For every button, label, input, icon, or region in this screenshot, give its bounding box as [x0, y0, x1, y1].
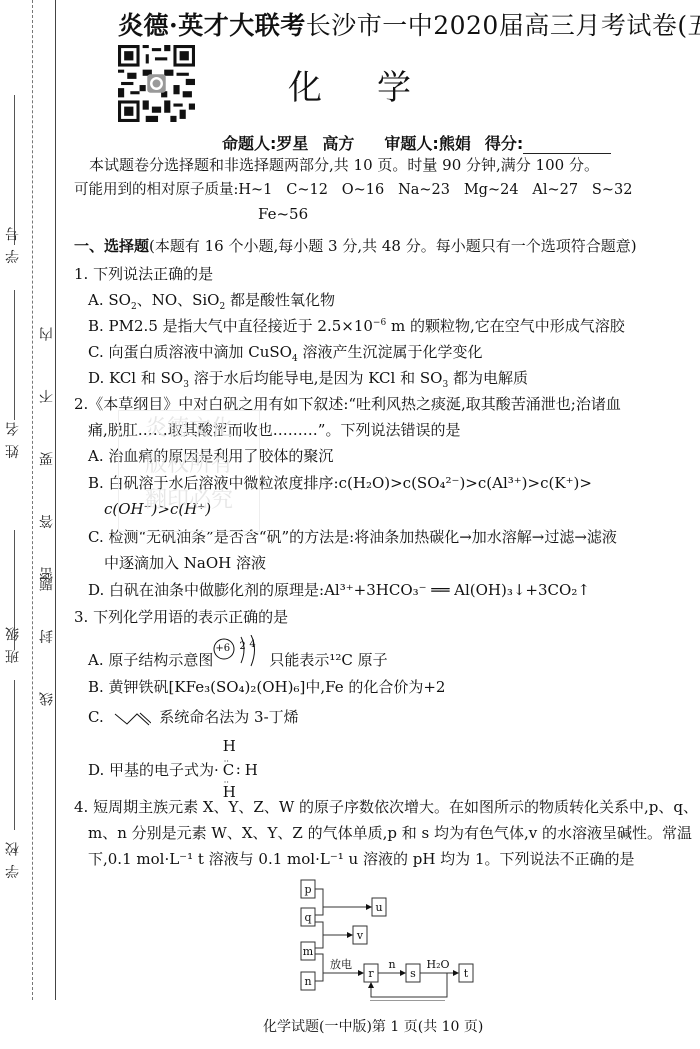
- q3-option-a: A. 原子结构示意图 +6 2 4 只能表示¹²C 原子: [88, 650, 388, 671]
- score-label: 得分:: [485, 134, 523, 153]
- exam-title: 炎德·英才大联考长沙市一中2020届高三月考试卷(五): [118, 6, 700, 42]
- node-p: p: [304, 883, 311, 896]
- q4-stem-line2: m、n 分别是元素 W、X、Y、Z 的气体单质,p 和 s 均为有色气体,v 的…: [88, 823, 692, 843]
- setters-2: 高方: [322, 134, 354, 153]
- atomic-masses-label: 可能用到的相对原子质量:: [74, 182, 238, 198]
- atomic-masses-values: H~1 C~12 O~16 Na~23 Mg~24 Al~27 S~32: [238, 182, 632, 198]
- q2-option-b-line2: c(OH⁻)>c(H⁺): [104, 499, 211, 519]
- q4-stem-line1: 4. 短周期主族元素 X、Y、Z、W 的原子序数依次增大。在如图所示的物质转化关…: [74, 797, 698, 817]
- student-id-blank[interactable]: [14, 95, 15, 245]
- node-u: u: [375, 901, 382, 914]
- q1-option-c: C. 向蛋白质溶液中滴加 CuSO4 溶液产生沉淀属于化学变化: [88, 342, 482, 362]
- node-q: q: [304, 911, 311, 924]
- setters: 命题人:罗星: [222, 134, 308, 153]
- school-label: 学 校: [3, 840, 23, 878]
- node-r: r: [368, 967, 374, 980]
- q2-option-a: A. 治血痛的原因是利用了胶体的聚沉: [88, 446, 333, 466]
- class-label: 班 级: [3, 625, 23, 663]
- section-heading: 一、选择题(本题有 16 个小题,每小题 3 分,共 48 分。每小题只有一个选…: [74, 236, 637, 256]
- node-v: v: [356, 929, 364, 942]
- q2-option-b-line1: B. 白矾溶于水后溶液中微粒浓度排序:c(H₂O)>c(SO₄²⁻)>c(Al³…: [88, 473, 592, 493]
- q3-option-d: D. 甲基的电子式为· H ·· C : H ·· H: [88, 760, 259, 780]
- dotted-cut-line: [32, 0, 33, 1000]
- q3-stem: 3. 下列化学用语的表示正确的是: [74, 607, 288, 627]
- exam-title-main: 长沙市一中2020届高三月考试卷(五): [306, 11, 700, 40]
- q4-stem-line3: 下,0.1 mol·L⁻¹ t 溶液与 0.1 mol·L⁻¹ u 溶液的 pH…: [88, 849, 635, 869]
- edge-water: H₂O: [426, 958, 449, 971]
- section-title: 一、选择题: [74, 237, 149, 255]
- subject-title: 化学: [288, 60, 466, 109]
- edge-n: n: [388, 958, 395, 971]
- qr-code-icon: [118, 45, 195, 122]
- q1-option-b: B. PM2.5 是指大气中直径接近于 2.5×10−6 m 的颗粒物,它在空气…: [88, 316, 625, 336]
- section-note: (本题有 16 个小题,每小题 3 分,共 48 分。每小题只有一个选项符合题意…: [149, 237, 637, 255]
- q1-stem: 1. 下列说法正确的是: [74, 264, 213, 284]
- q2-option-c-line2: 中逐滴加入 NaOH 溶液: [104, 553, 266, 573]
- reviewer: 审题人:熊娟: [384, 134, 470, 153]
- node-s: s: [410, 967, 416, 980]
- school-blank[interactable]: [14, 680, 15, 830]
- name-label: 姓 名: [3, 420, 23, 458]
- q1-option-a: A. SO2、NO、SiO2 都是酸性氧化物: [88, 290, 335, 310]
- exam-title-brand: 炎德·英才大联考: [118, 11, 306, 40]
- q2-option-c-line1: C. 检测“无矾油条”是否含“矾”的方法是:将油条加热碳化→加水溶解→过滤→滤液: [88, 527, 617, 547]
- score-field[interactable]: [523, 139, 611, 154]
- page-footer: 化学试题(一中版)第 1 页(共 10 页): [263, 1016, 483, 1036]
- atomic-masses: 可能用到的相对原子质量:H~1 C~12 O~16 Na~23 Mg~24 Al…: [74, 180, 632, 200]
- butene-skeletal-icon: [113, 710, 151, 726]
- atom-structure-diagram: +6 2 4: [213, 651, 269, 671]
- q1-option-d: D. KCl 和 SO3 溶于水后均能导电,是因为 KCl 和 SO3 都为电解…: [88, 368, 528, 388]
- authors-line: 命题人:罗星高方审题人:熊娟得分:: [222, 131, 625, 154]
- node-t: t: [464, 967, 469, 980]
- methyl-electron-formula: H ·· C : H ·· H: [219, 760, 259, 780]
- q3-option-b: B. 黄钾铁矾[KFe₃(SO₄)₂(OH)₆]中,Fe 的化合价为+2: [88, 677, 445, 697]
- conversion-diagram: p q m n u v r s t 放电 n H₂O: [295, 878, 485, 998]
- q2-stem-line2: 痛,脱肛……取其酸涩而收也………”。下列说法错误的是: [88, 420, 460, 440]
- name-blank[interactable]: [14, 290, 15, 420]
- footer-rule: [370, 1000, 445, 1001]
- intro-text: 本试题卷分选择题和非选择题两部分,共 10 页。时量 90 分钟,满分 100 …: [89, 155, 599, 175]
- q2-option-d: D. 白矾在油条中做膨化剂的原理是:Al³⁺+3HCO₃⁻ ══ Al(OH)₃…: [88, 580, 590, 600]
- node-m: m: [303, 945, 314, 958]
- q3-option-c: C. 系统命名法为 3-丁烯: [88, 707, 299, 727]
- student-id-label: 学 号: [3, 225, 23, 263]
- edge-discharge: 放电: [330, 957, 352, 971]
- atomic-masses-2: Fe~56: [258, 204, 308, 224]
- q2-stem-line1: 2.《本草纲目》中对白矾之用有如下叙述:“吐利风热之痰涎,取其酸苦涌泄也;治诸血: [74, 394, 621, 414]
- seal-text-lower: 线 封 密: [37, 545, 57, 706]
- node-n: n: [304, 975, 311, 988]
